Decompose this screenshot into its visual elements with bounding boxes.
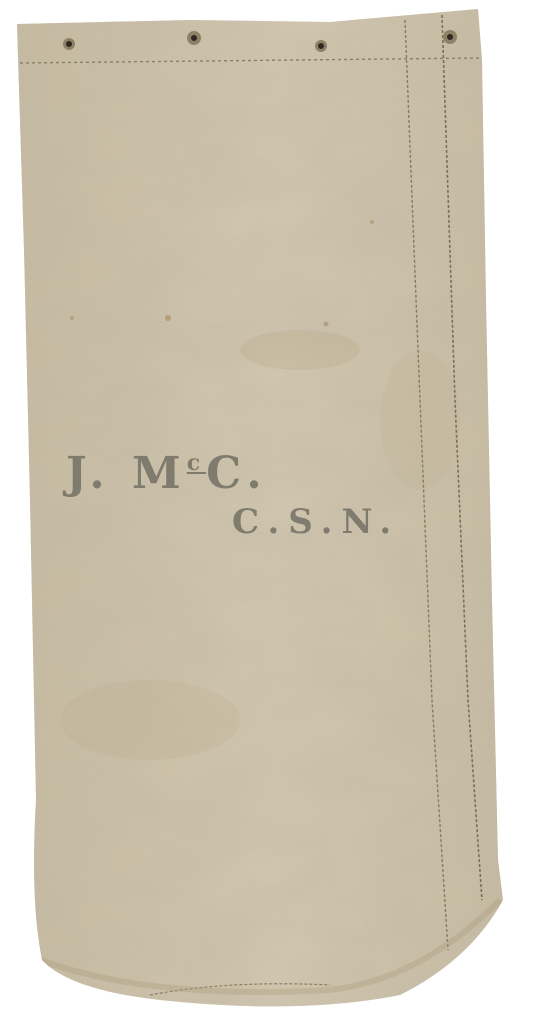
stencil-initials: J. McC.: [66, 448, 268, 499]
stencil-csn: C.S.N.: [232, 502, 400, 542]
sea-bag-photo: J. McC. C.S.N.: [0, 0, 557, 1024]
